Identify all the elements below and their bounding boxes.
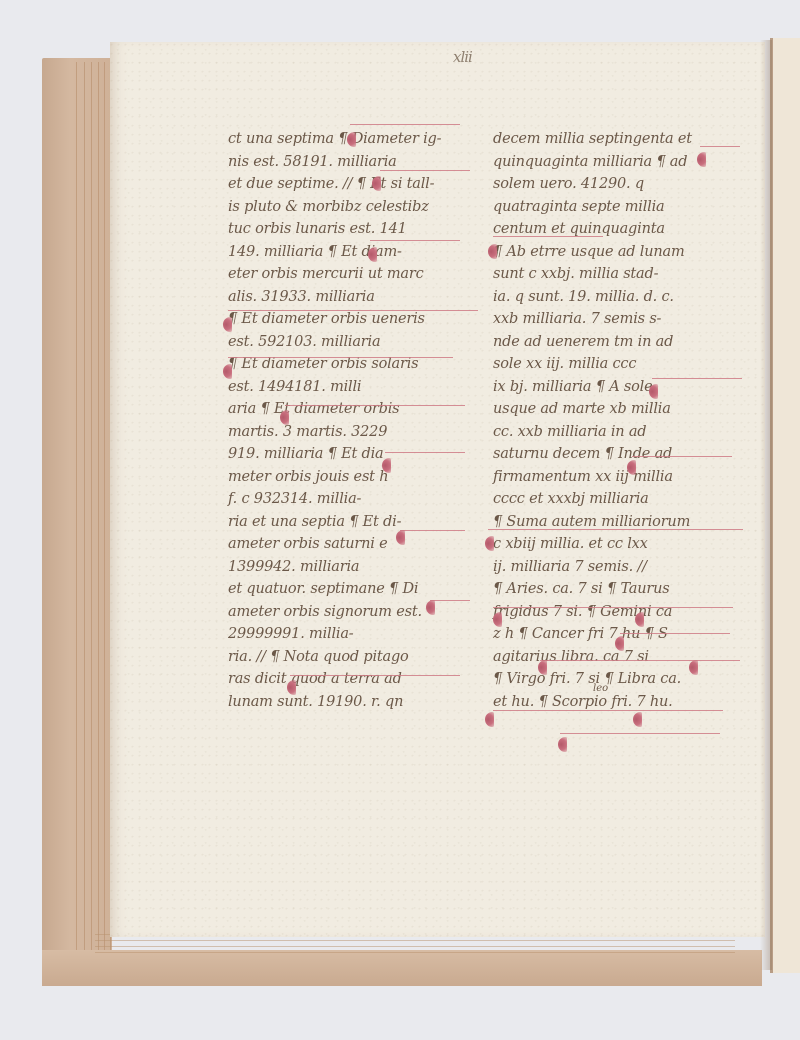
rubric-initial-icon <box>426 600 435 615</box>
rubric-line <box>400 530 465 531</box>
rubric-line <box>493 607 733 608</box>
rubric-line <box>228 310 478 311</box>
rubric-initial-icon <box>347 132 356 147</box>
text-line: cccc et xxxbj milliaria <box>493 488 743 511</box>
text-line: is pluto & morbibz celestibz <box>228 196 473 219</box>
text-line: centum et quinquaginta <box>493 218 743 241</box>
text-line: ia. q sunt. 19. millia. d. c. <box>493 286 743 309</box>
text-line: 919. milliaria ¶ Et dia <box>228 443 473 466</box>
rubric-initial-icon <box>627 460 636 475</box>
text-line: tuc orbis lunaris est. 141 <box>228 218 473 241</box>
rubric-initial-icon <box>493 612 502 627</box>
rubric-line <box>290 675 460 676</box>
rubric-line <box>493 710 723 711</box>
text-line: solem uero. 41290. q <box>493 173 743 196</box>
rubric-initial-icon <box>485 712 494 727</box>
rubric-initial-icon <box>649 384 658 399</box>
text-line: ria. // ¶ Nota quod pitago <box>228 646 473 669</box>
rubric-line <box>380 170 470 171</box>
rubric-initial-icon <box>223 317 232 332</box>
text-line: firmamentum xx iij millia <box>493 466 743 489</box>
text-line: ¶ Virgo fri. 7 si ¶ Libra ca. <box>493 668 743 691</box>
text-line: alis. 31933. milliaria <box>228 286 473 309</box>
rubric-line <box>652 378 742 379</box>
text-line: usque ad marte xb millia <box>493 398 743 421</box>
rubric-line <box>620 633 730 634</box>
text-line: ras dicit quod a terra ad <box>228 668 473 691</box>
text-line: meter orbis jouis est h <box>228 466 473 489</box>
rubric-line <box>430 600 470 601</box>
text-line: martis. 3 martis. 3229 <box>228 421 473 444</box>
rubric-initial-icon <box>488 244 497 259</box>
text-line: 1399942. milliaria <box>228 556 473 579</box>
text-line: xxb milliaria. 7 semis s- <box>493 308 743 331</box>
rubric-line <box>370 240 460 241</box>
rubric-initial-icon <box>615 636 624 651</box>
text-line: 149. milliaria ¶ Et diam- <box>228 241 473 264</box>
gutter-shadow <box>760 40 772 970</box>
rubric-line <box>560 733 720 734</box>
text-line: f. c 932314. millia- <box>228 488 473 511</box>
rubric-initial-icon <box>558 737 567 752</box>
rubric-initial-icon <box>368 247 377 262</box>
rubric-line <box>700 146 740 147</box>
text-line: c xbiij millia. et cc lxx <box>493 533 743 556</box>
rubric-initial-icon <box>635 612 644 627</box>
text-line: lunam sunt. 19190. r. qn <box>228 691 473 714</box>
text-line: est. 1494181. milli <box>228 376 473 399</box>
rubric-initial-icon <box>280 410 289 425</box>
text-line: ¶ Ab etrre usque ad lunam <box>493 241 743 264</box>
text-line: sole xx iij. millia ccc <box>493 353 743 376</box>
text-line: ameter orbis saturni e <box>228 533 473 556</box>
interlinear-note: leo <box>593 683 608 694</box>
rubric-initial-icon <box>485 536 494 551</box>
text-line: sunt c xxbj. millia stad- <box>493 263 743 286</box>
rubric-line <box>540 660 740 661</box>
text-line: saturnu decem ¶ Inde ad <box>493 443 743 466</box>
rubric-line <box>350 124 460 125</box>
rubric-initial-icon <box>223 364 232 379</box>
rubric-initial-icon <box>287 680 296 695</box>
rubric-line <box>488 529 743 530</box>
rubric-line <box>285 405 465 406</box>
rubric-initial-icon <box>538 660 547 675</box>
rubric-initial-icon <box>382 458 391 473</box>
rubric-initial-icon <box>689 660 698 675</box>
text-line: 29999991. millia- <box>228 623 473 646</box>
text-line: nde ad uenerem tm in ad <box>493 331 743 354</box>
text-line: ¶ Et diameter orbis ueneris <box>228 308 473 331</box>
text-line: ij. milliaria 7 semis. // <box>493 556 743 579</box>
rubric-initial-icon <box>372 176 381 191</box>
text-line: quatraginta septe millia <box>493 196 743 219</box>
folio-number: xlii <box>453 48 472 66</box>
text-line: decem millia septingenta et <box>493 128 743 151</box>
facing-page-edge <box>770 38 800 973</box>
text-line: frigidus 7 si. ¶ Gemini ca <box>493 601 743 624</box>
rubric-line <box>632 456 732 457</box>
text-line: cc. xxb milliaria in ad <box>493 421 743 444</box>
rubric-initial-icon <box>633 712 642 727</box>
rubric-line <box>493 236 603 237</box>
text-line: et quatuor. septimane ¶ Di <box>228 578 473 601</box>
text-line: est. 592103. milliaria <box>228 331 473 354</box>
rubric-line <box>228 357 453 358</box>
manuscript-scene: xlii ct una septima ¶ Diameter ig- nis e… <box>0 0 800 1040</box>
text-line: et due septime. // ¶ Et si tall- <box>228 173 473 196</box>
right-text-column: decem millia septingenta et quinquaginta… <box>493 128 743 713</box>
rubric-initial-icon <box>396 530 405 545</box>
text-line: aria ¶ Et diameter orbis <box>228 398 473 421</box>
text-line: ameter orbis signorum est. <box>228 601 473 624</box>
rubric-line <box>385 452 465 453</box>
rubric-initial-icon <box>697 152 706 167</box>
text-line: eter orbis mercurii ut marc <box>228 263 473 286</box>
left-text-column: ct una septima ¶ Diameter ig- nis est. 5… <box>228 128 473 713</box>
text-line: ¶ Aries. ca. 7 si ¶ Taurus <box>493 578 743 601</box>
